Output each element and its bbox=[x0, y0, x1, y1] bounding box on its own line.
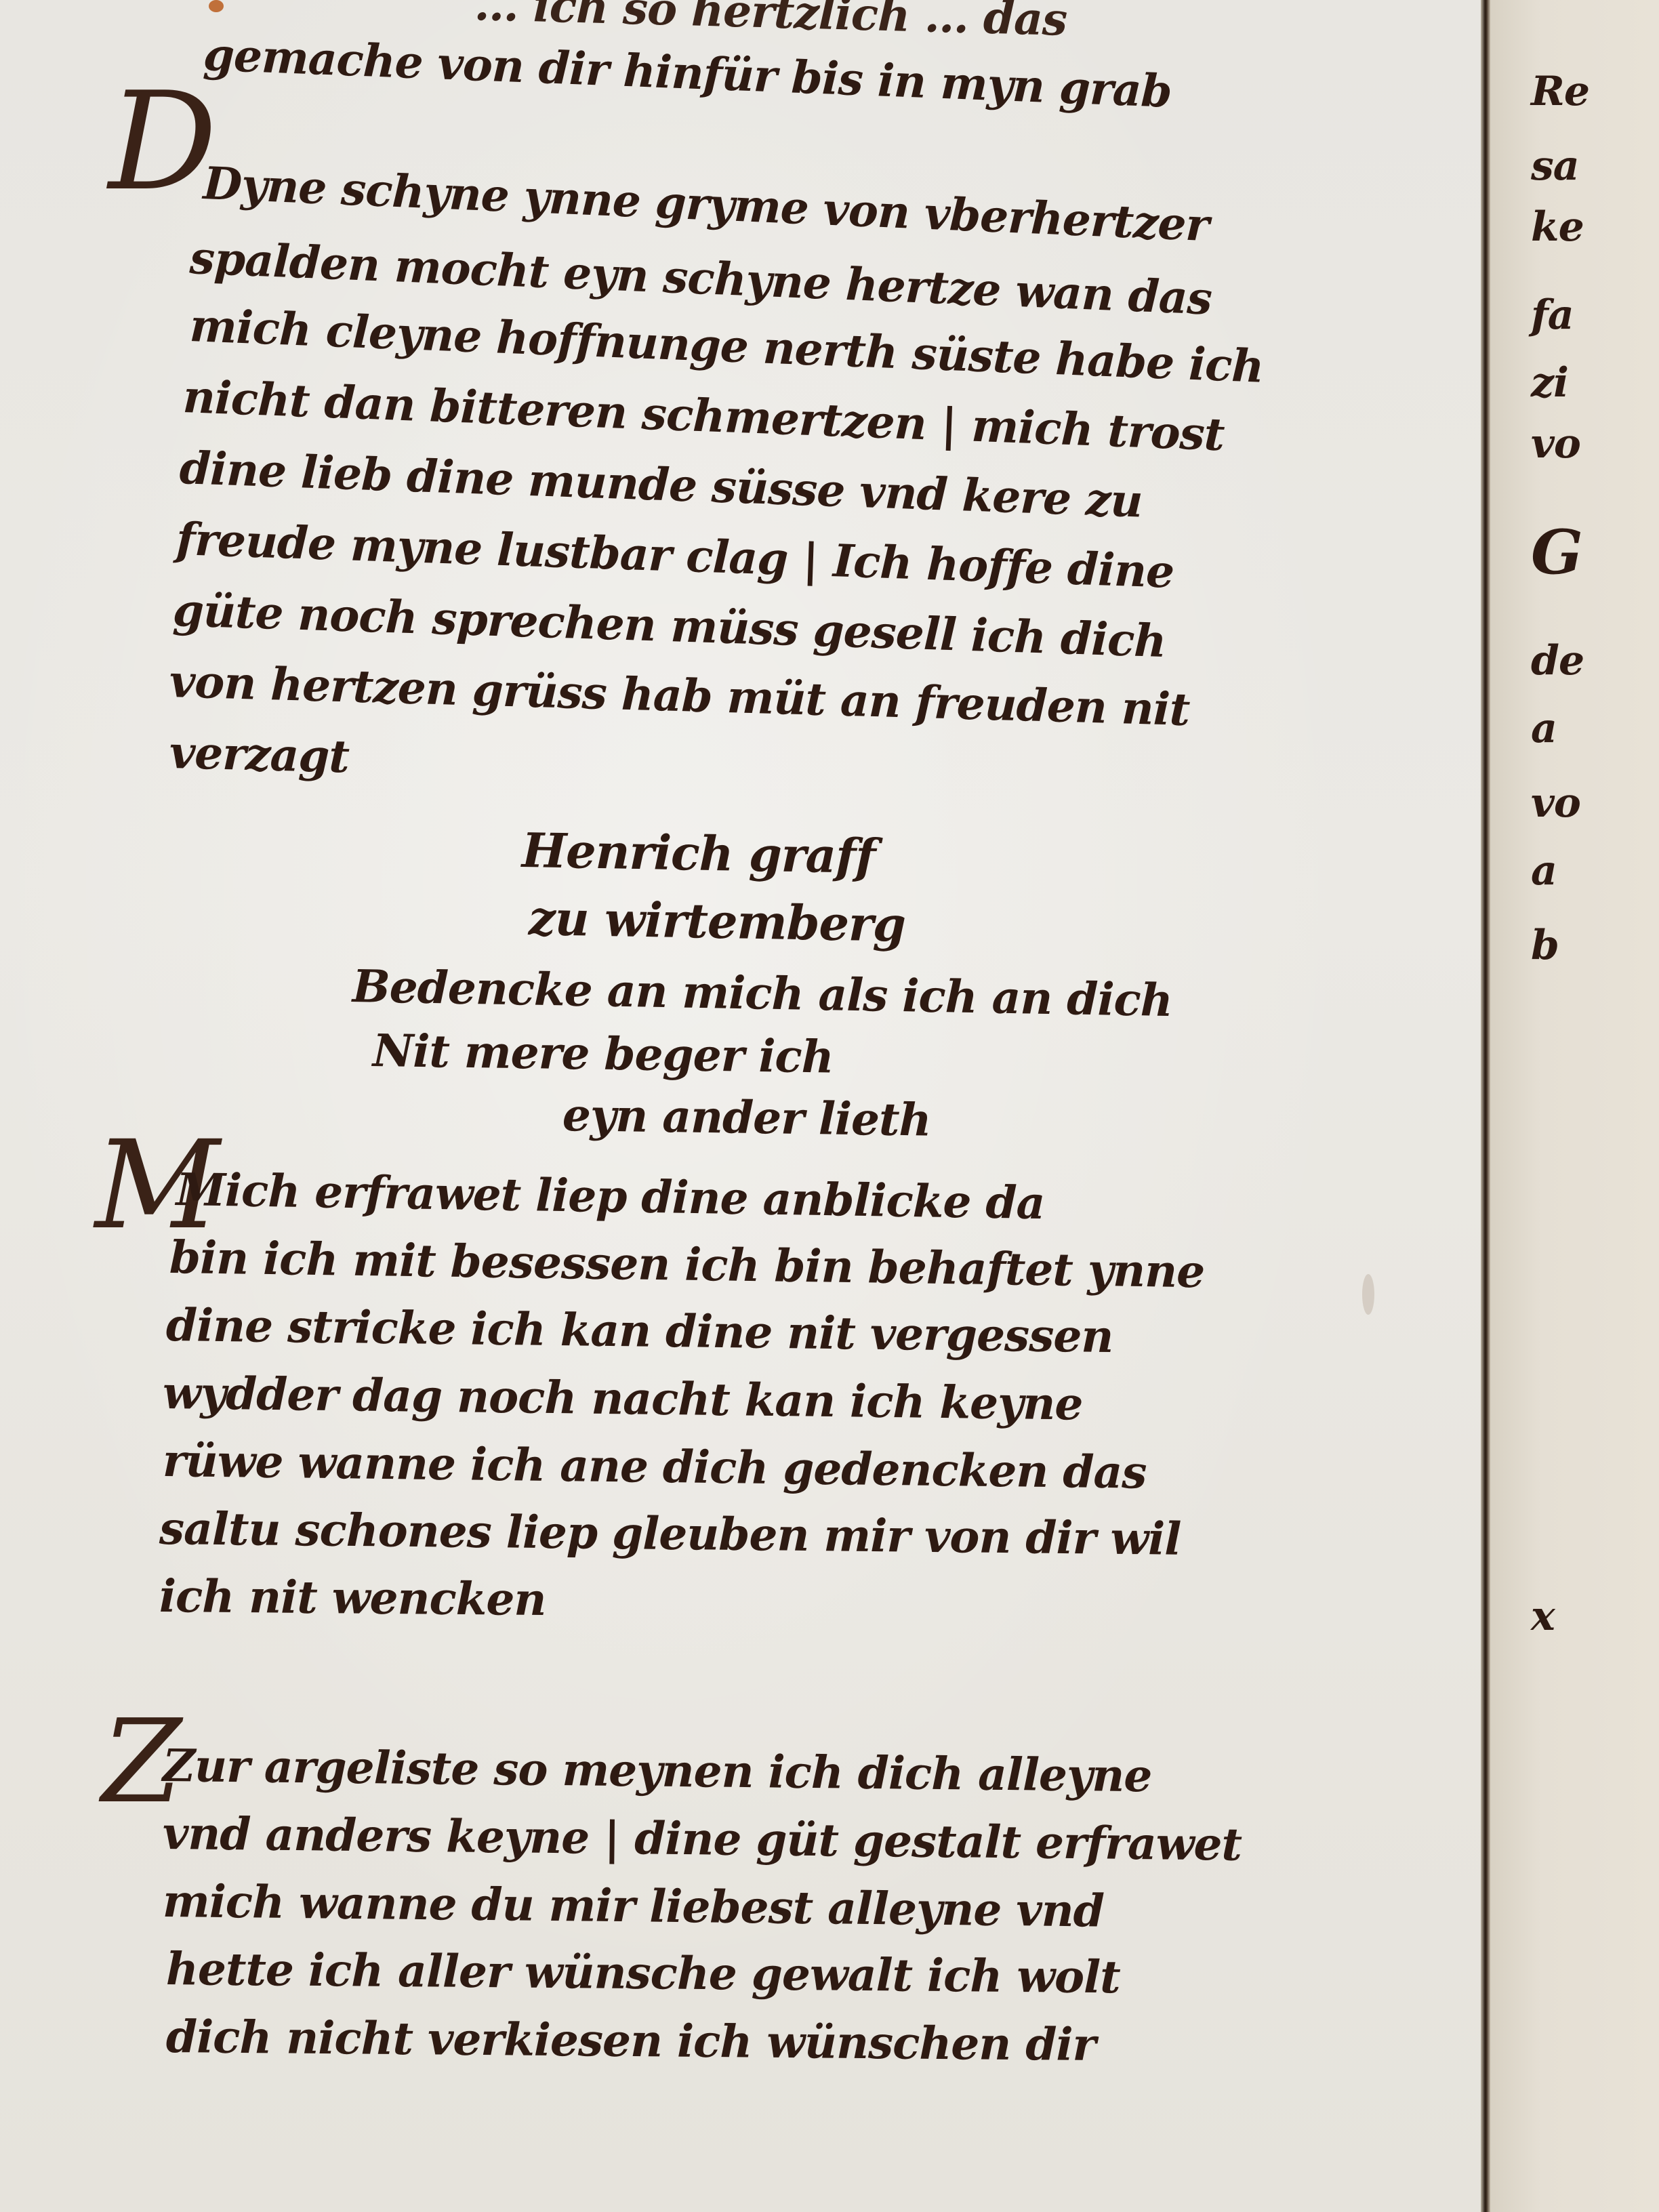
text-line: rüwe wanne ich ane dich gedencken das bbox=[163, 1433, 1147, 1500]
text-line: wydder dag noch nacht kan ich keyne bbox=[163, 1366, 1083, 1431]
text-line: bin ich mit besessen ich bin behaftet yn… bbox=[169, 1230, 1204, 1298]
text-line: Mich erfrawet liep dine anblicke da bbox=[176, 1162, 1045, 1230]
text-line: dine stricke ich kan dine nit vergessen bbox=[166, 1298, 1113, 1364]
facing-text-fragment: Re bbox=[1531, 68, 1589, 115]
text-line: hette ich aller wünsche gewalt ich wolt bbox=[166, 1942, 1120, 2004]
text-line: Zur argeliste so meynen ich dich alleyne bbox=[163, 1738, 1152, 1803]
top-fragment-line: … ich so hertzlich … das bbox=[474, 0, 1067, 47]
facing-text-fragment: fa bbox=[1531, 291, 1574, 339]
text-line: ich nit wencken bbox=[159, 1569, 546, 1626]
text-line: freude myne lustbar clag | Ich hoffe din… bbox=[176, 512, 1175, 599]
ink-stain bbox=[1362, 1274, 1374, 1315]
motto-line: eyn ander lieth bbox=[562, 1088, 931, 1147]
facing-text-fragment: a bbox=[1531, 847, 1557, 895]
left-page: … ich so hertzlich … das gemache von dir… bbox=[0, 0, 1488, 2212]
page-gutter bbox=[1481, 0, 1490, 2212]
heading-name: Henrich graff bbox=[521, 823, 876, 884]
text-line: dine lieb dine munde süsse vnd kere zu bbox=[179, 441, 1143, 529]
facing-text-fragment: de bbox=[1531, 637, 1584, 684]
facing-text-fragment: a bbox=[1531, 705, 1557, 752]
facing-text-fragment: x bbox=[1531, 1593, 1555, 1640]
right-page: Re sa ke fa zi vo G de a vo a b x bbox=[1490, 0, 1659, 2212]
text-line: güte noch sprechen müss gesell ich dich bbox=[172, 583, 1167, 668]
motto-line: Nit mere beger ich bbox=[372, 1023, 834, 1084]
heading-place: zu wirtemberg bbox=[528, 891, 905, 952]
facing-text-fragment: vo bbox=[1531, 420, 1580, 468]
facing-text-fragment: ke bbox=[1531, 203, 1584, 251]
manuscript-spread: … ich so hertzlich … das gemache von dir… bbox=[0, 0, 1659, 2212]
rubric-mark bbox=[209, 0, 224, 12]
facing-text-fragment: vo bbox=[1531, 779, 1580, 827]
facing-text-fragment: b bbox=[1531, 922, 1559, 969]
text-line: vnd anders keyne | dine güt gestalt erfr… bbox=[163, 1806, 1242, 1872]
facing-text-fragment: zi bbox=[1531, 359, 1568, 407]
text-line: von hertzen grüss hab müt an freuden nit bbox=[169, 654, 1191, 737]
text-line: mich wanne du mir liebest alleyne vnd bbox=[163, 1874, 1105, 1938]
facing-text-fragment: sa bbox=[1531, 142, 1579, 190]
motto-line: Bedencke an mich als ich an dich bbox=[352, 959, 1172, 1027]
decorated-initial-d: D bbox=[108, 75, 217, 210]
facing-text-fragment: G bbox=[1531, 529, 1582, 576]
text-line: verzagt bbox=[169, 725, 350, 783]
text-line: saltu schones liep gleuben mir von dir w… bbox=[159, 1501, 1181, 1566]
text-line: dich nicht verkiesen ich wünschen dir bbox=[166, 2009, 1096, 2072]
